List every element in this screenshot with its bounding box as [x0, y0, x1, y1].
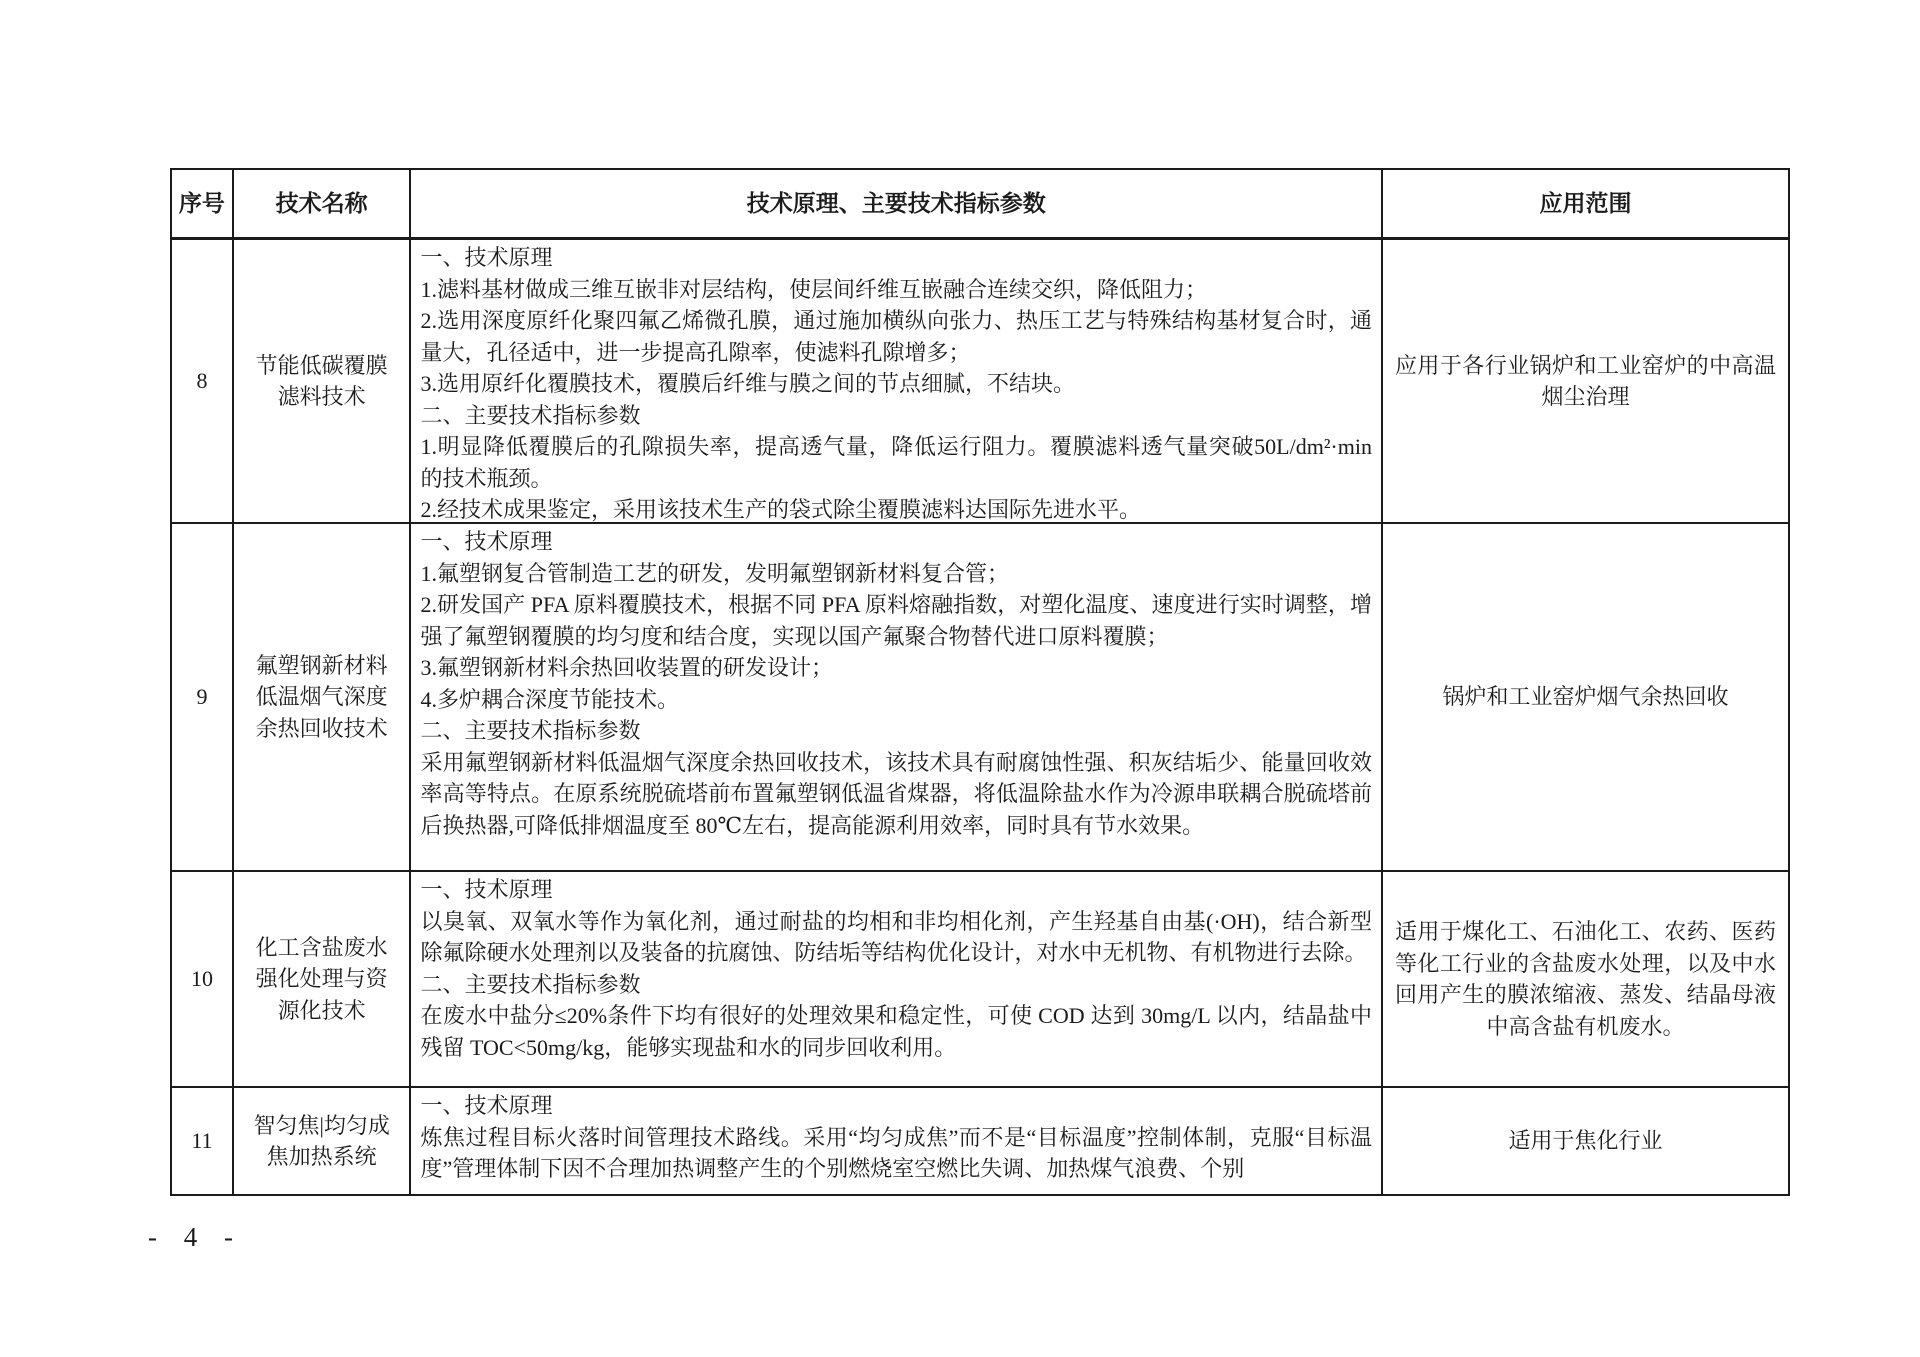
text-line: 节能低碳覆膜: [256, 350, 388, 382]
row-application: 应用于各行业锅炉和工业窑炉的中高温烟尘治理: [1383, 240, 1788, 524]
text-line: 以臭氧、双氧水等作为氧化剂，通过耐盐的均相和非均相化剂，产生羟基自由基(·OH)…: [420, 906, 1372, 969]
text-line: 强化处理与资: [256, 963, 388, 995]
text-line: 化工含盐废水: [256, 932, 388, 964]
row-application: 适用于煤化工、石油化工、农药、医药等化工行业的含盐废水处理，以及中水回用产生的膜…: [1383, 872, 1788, 1088]
text-line: 3.氟塑钢新材料余热回收装置的研发设计；: [420, 652, 1372, 684]
text-line: 焦加热系统: [267, 1141, 377, 1173]
row-seq-no: 9: [172, 524, 234, 872]
text-line: 3.选用原纤化覆膜技术，覆膜后纤维与膜之间的节点细腻，不结块。: [420, 368, 1372, 400]
header-application: 应用范围: [1383, 170, 1788, 240]
header-seq-no: 序号: [172, 170, 234, 240]
text-line: 2.经技术成果鉴定，采用该技术生产的袋式除尘覆膜滤料达国际先进水平。: [420, 494, 1372, 524]
text-line: 在废水中盐分≤20%条件下均有很好的处理效果和稳定性，可使 COD 达到 30m…: [420, 1000, 1372, 1063]
row-seq-no: 11: [172, 1088, 234, 1194]
row-tech-name: 氟塑钢新材料低温烟气深度余热回收技术: [234, 524, 412, 872]
text-line: 炼焦过程目标火落时间管理技术路线。采用“均匀成焦”而不是“目标温度”控制体制，克…: [420, 1122, 1372, 1185]
table-row: 8 节能低碳覆膜滤料技术 一、技术原理1.滤料基材做成三维互嵌非对层结构，使层间…: [172, 240, 1788, 524]
row-principle-text: 一、技术原理炼焦过程目标火落时间管理技术路线。采用“均匀成焦”而不是“目标温度”…: [411, 1088, 1383, 1194]
text-line: 二、主要技术指标参数: [420, 715, 1372, 747]
text-line: 余热回收技术: [256, 713, 388, 745]
text-line: 源化技术: [278, 995, 366, 1027]
text-line: 氟塑钢新材料: [256, 650, 388, 682]
header-tech-name: 技术名称: [234, 170, 412, 240]
text-line: 一、技术原理: [420, 874, 1372, 906]
row-principle-text: 一、技术原理以臭氧、双氧水等作为氧化剂，通过耐盐的均相和非均相化剂，产生羟基自由…: [411, 872, 1383, 1088]
text-line: 1.明显降低覆膜后的孔隙损失率，提高透气量，降低运行阻力。覆膜滤料透气量突破50…: [420, 431, 1372, 494]
table-row: 11 智匀焦|均匀成焦加热系统 一、技术原理炼焦过程目标火落时间管理技术路线。采…: [172, 1088, 1788, 1194]
row-principle-text: 一、技术原理1.氟塑钢复合管制造工艺的研发，发明氟塑钢新材料复合管；2.研发国产…: [411, 524, 1383, 872]
text-line: 智匀焦|均匀成: [253, 1110, 389, 1142]
page-number: - 4 -: [148, 1222, 243, 1253]
row-tech-name: 节能低碳覆膜滤料技术: [234, 240, 412, 524]
text-line: 1.滤料基材做成三维互嵌非对层结构，使层间纤维互嵌融合连续交织，降低阻力；: [420, 274, 1372, 306]
table-row: 10 化工含盐废水强化处理与资源化技术 一、技术原理以臭氧、双氧水等作为氧化剂，…: [172, 872, 1788, 1088]
text-line: 2.研发国产 PFA 原料覆膜技术，根据不同 PFA 原料熔融指数，对塑化温度、…: [420, 589, 1372, 652]
text-line: 一、技术原理: [420, 242, 1372, 274]
text-line: 一、技术原理: [420, 526, 1372, 558]
row-seq-no: 8: [172, 240, 234, 524]
row-application: 适用于焦化行业: [1383, 1088, 1788, 1194]
row-seq-no: 10: [172, 872, 234, 1088]
table-header-row: 序号 技术名称 技术原理、主要技术指标参数 应用范围: [172, 170, 1788, 240]
text-line: 低温烟气深度: [256, 681, 388, 713]
row-tech-name: 化工含盐废水强化处理与资源化技术: [234, 872, 412, 1088]
text-line: 滤料技术: [278, 381, 366, 413]
text-line: 2.选用深度原纤化聚四氟乙烯微孔膜，通过施加横纵向张力、热压工艺与特殊结构基材复…: [420, 305, 1372, 368]
technology-table: 序号 技术名称 技术原理、主要技术指标参数 应用范围 8 节能低碳覆膜滤料技术 …: [170, 168, 1790, 1196]
header-principle: 技术原理、主要技术指标参数: [411, 170, 1383, 240]
row-tech-name: 智匀焦|均匀成焦加热系统: [234, 1088, 412, 1194]
text-line: 二、主要技术指标参数: [420, 969, 1372, 1001]
table-row: 9 氟塑钢新材料低温烟气深度余热回收技术 一、技术原理1.氟塑钢复合管制造工艺的…: [172, 524, 1788, 872]
text-line: 二、主要技术指标参数: [420, 400, 1372, 432]
row-principle-text: 一、技术原理1.滤料基材做成三维互嵌非对层结构，使层间纤维互嵌融合连续交织，降低…: [411, 240, 1383, 524]
text-line: 采用氟塑钢新材料低温烟气深度余热回收技术，该技术具有耐腐蚀性强、积灰结垢少、能量…: [420, 747, 1372, 842]
text-line: 4.多炉耦合深度节能技术。: [420, 684, 1372, 716]
text-line: 1.氟塑钢复合管制造工艺的研发，发明氟塑钢新材料复合管；: [420, 558, 1372, 590]
row-application: 锅炉和工业窑炉烟气余热回收: [1383, 524, 1788, 872]
text-line: 一、技术原理: [420, 1090, 1372, 1122]
